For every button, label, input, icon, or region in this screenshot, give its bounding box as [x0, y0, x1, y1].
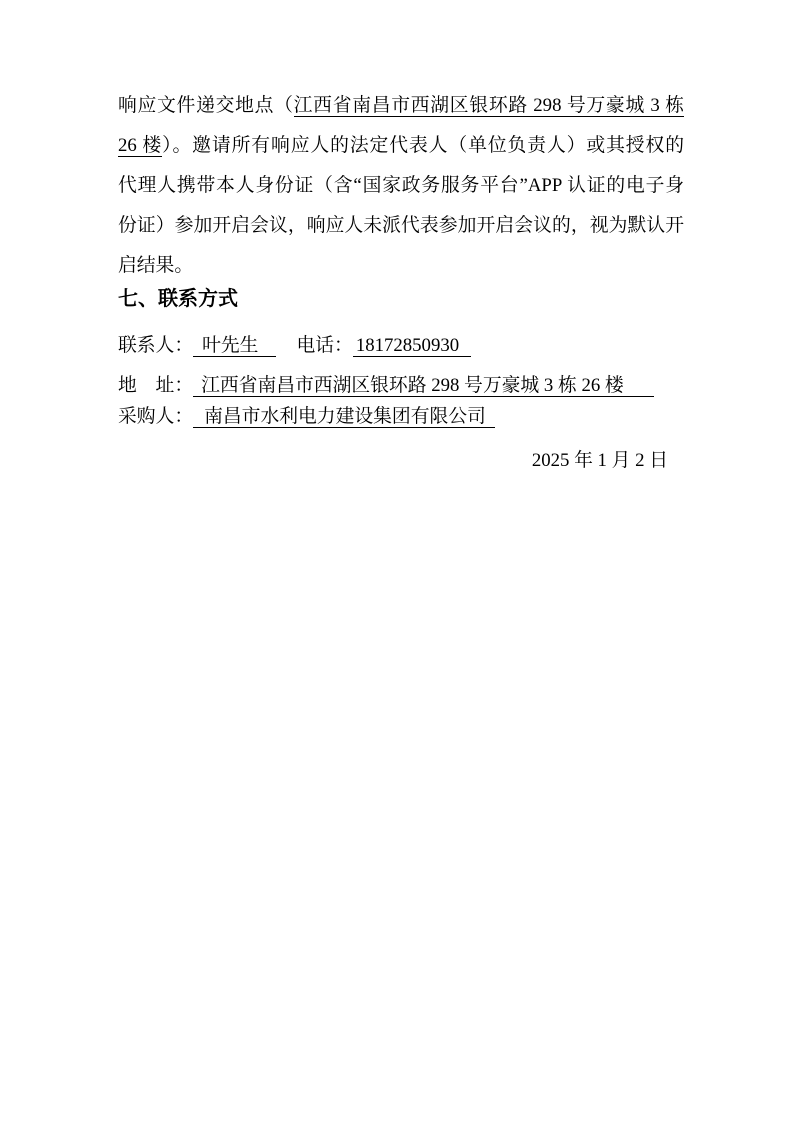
document-date: 2025 年 1 月 2 日 — [118, 441, 684, 481]
purchaser-value: 南昌市水利电力建设集团有限公司 — [193, 406, 495, 428]
purchaser-line: 采购人：南昌市水利电力建设集团有限公司 — [118, 397, 495, 437]
paragraph-text: 份证）参加开启会议，响应人未派代表参加开启会议的，视为默认开 — [118, 215, 684, 236]
paragraph-line: 响应文件递交地点（江西省南昌市西湖区银环路 298 号万豪城 3 栋 — [118, 86, 684, 126]
submission-address-underline: 26 楼 — [118, 135, 162, 157]
address-value: 江西省南昌市西湖区银环路 298 号万豪城 3 栋 26 楼 — [193, 375, 654, 397]
paragraph-line: 份证）参加开启会议，响应人未派代表参加开启会议的，视为默认开 — [118, 206, 684, 246]
paragraph-text: 启结果。 — [118, 255, 193, 276]
contact-person-line: 联系人：叶先生电话：18172850930 — [118, 326, 471, 366]
document-page: 响应文件递交地点（江西省南昌市西湖区银环路 298 号万豪城 3 栋 26 楼）… — [0, 0, 800, 1131]
purchaser-label: 采购人： — [118, 406, 193, 427]
opening-paragraph: 响应文件递交地点（江西省南昌市西湖区银环路 298 号万豪城 3 栋 26 楼）… — [118, 86, 684, 286]
phone-label: 电话： — [296, 335, 352, 356]
paragraph-text: ）。邀请所有响应人的法定代表人（单位负责人）或其授权的 — [162, 135, 684, 156]
paragraph-text: 响应文件递交地点（ — [118, 95, 294, 116]
section-heading-contact: 七、联系方式 — [118, 279, 238, 319]
paragraph-line: 代理人携带本人身份证（含“国家政务服务平台”APP 认证的电子身 — [118, 166, 684, 206]
phone-value: 18172850930 — [353, 335, 471, 357]
contact-person-value: 叶先生 — [193, 335, 276, 357]
submission-address-underline: 江西省南昌市西湖区银环路 298 号万豪城 3 栋 — [294, 95, 684, 117]
contact-person-label: 联系人： — [118, 335, 193, 356]
paragraph-text: 代理人携带本人身份证（含“国家政务服务平台”APP 认证的电子身 — [118, 175, 684, 196]
address-label: 地 址： — [118, 375, 193, 396]
paragraph-line: 26 楼）。邀请所有响应人的法定代表人（单位负责人）或其授权的 — [118, 126, 684, 166]
